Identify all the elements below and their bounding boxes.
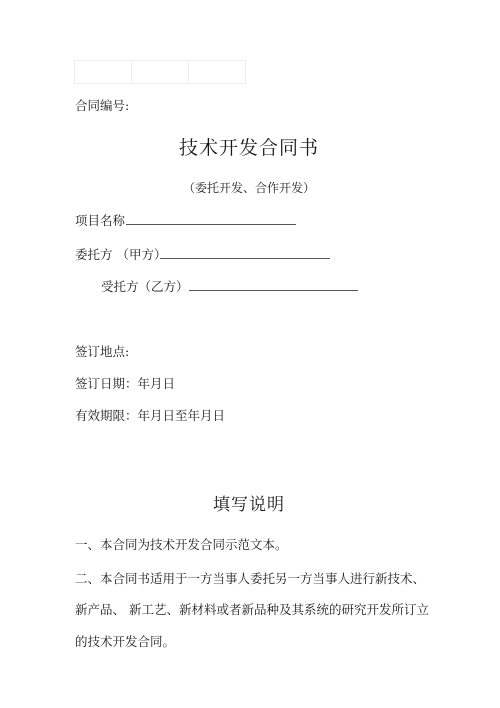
client-party-a-field-line xyxy=(160,258,330,259)
instruction-item: 一、本合同为技术开发合同示范文本。 xyxy=(75,535,288,553)
instruction-item: 新产品、 新工艺、新材料或者新品种及其系统的研究开发所订立 xyxy=(75,600,429,618)
instruction-item: 二、本合同书适用于一方当事人委托另一方当事人进行新技术、 xyxy=(75,569,425,587)
header-table-cell xyxy=(74,60,132,84)
validity-period: 有效期限：年月日至年月日 xyxy=(75,406,225,424)
document-title: 技术开发合同书 xyxy=(179,133,319,160)
contract-number-label: 合同编号: xyxy=(75,96,129,114)
client-party-a-label: 委托方 （甲方） xyxy=(75,245,166,263)
signing-place-label: 签订地点: xyxy=(75,342,129,360)
signing-date: 签订日期：年月日 xyxy=(75,374,175,392)
instructions-heading: 填写说明 xyxy=(213,490,285,515)
project-name-label: 项目名称 xyxy=(75,211,125,229)
project-name-field-line xyxy=(126,224,296,225)
contractor-party-b-label: 受托方（乙方） xyxy=(101,277,189,295)
contractor-party-b-field-line xyxy=(189,290,358,291)
header-table xyxy=(74,60,245,84)
instruction-item: 的技术开发合同。 xyxy=(75,632,175,650)
document-subtitle: （委托开发、合作开发） xyxy=(183,179,315,196)
header-table-cell xyxy=(188,60,246,84)
header-table-cell xyxy=(131,60,189,84)
